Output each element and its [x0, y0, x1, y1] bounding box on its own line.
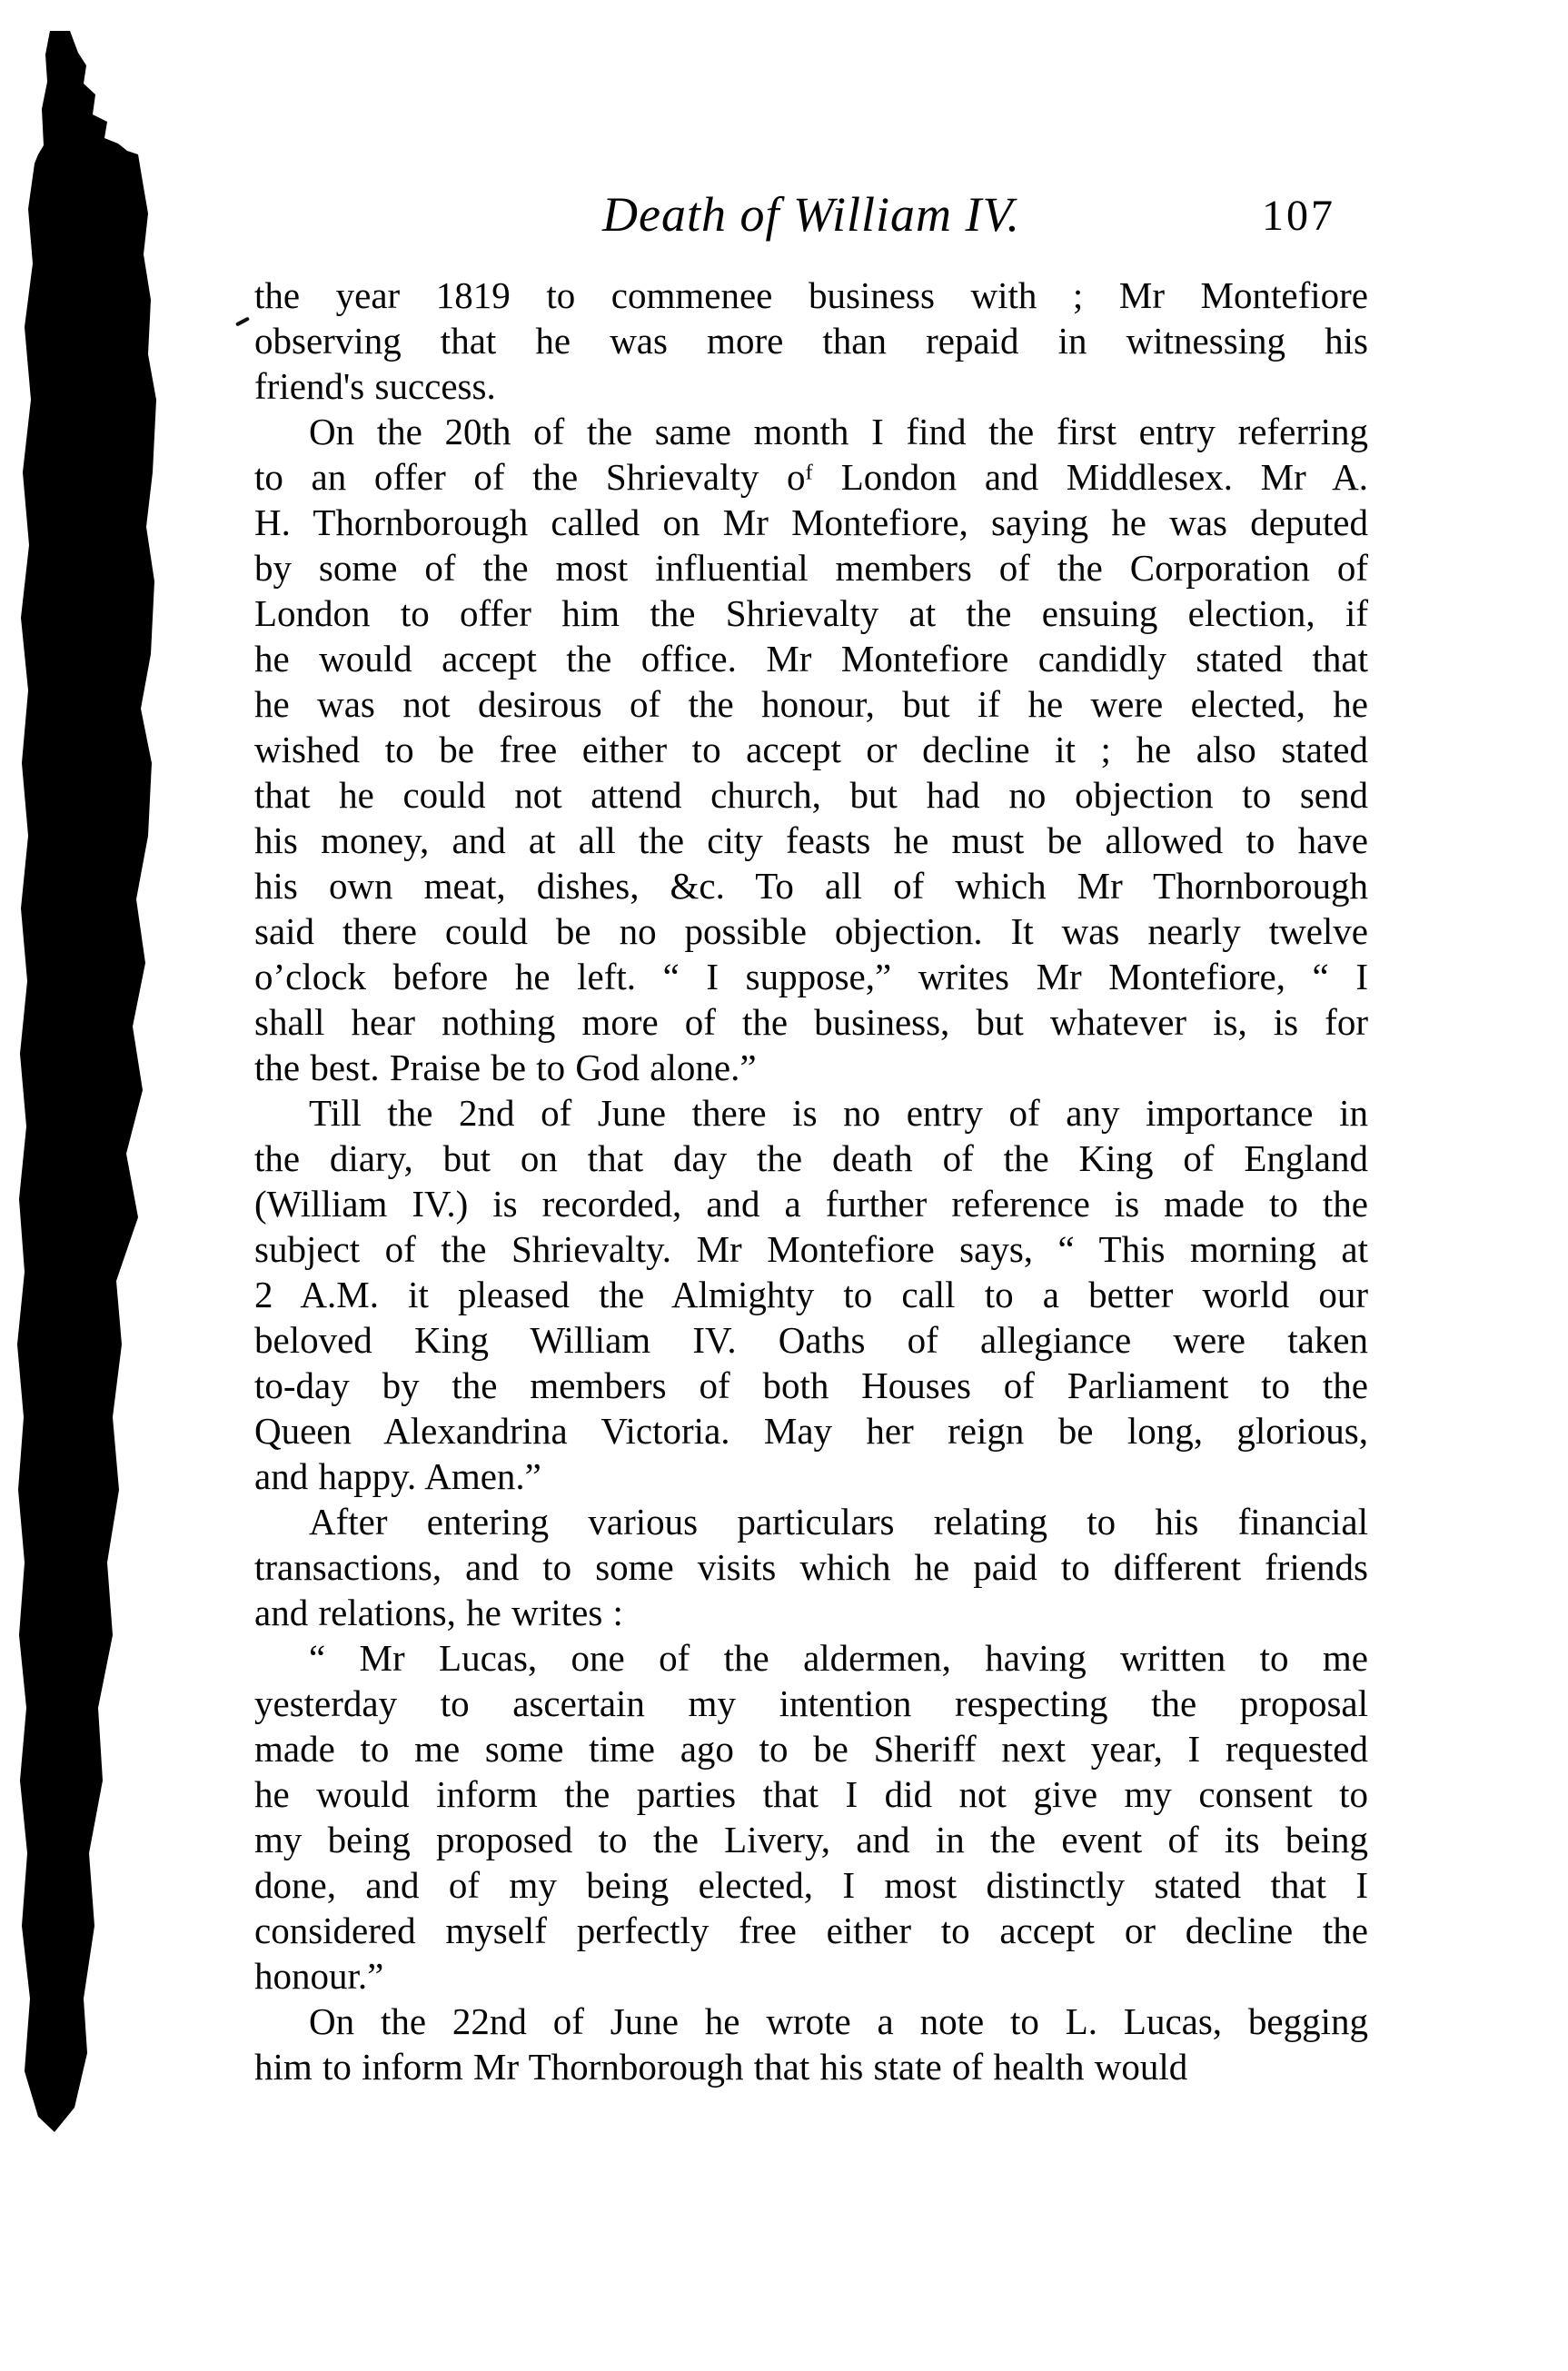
text-line: by some of the most influential members …	[254, 545, 1368, 590]
text-line: friend's success.	[254, 363, 1368, 409]
text-line: (William IV.) is recorded, and a further…	[254, 1181, 1368, 1226]
text-line: H. Thornborough called on Mr Montefiore,…	[254, 500, 1368, 545]
text-line: his own meat, dishes, &c. To all of whic…	[254, 863, 1368, 908]
text-line: transactions, and to some visits which h…	[254, 1544, 1368, 1590]
text-line: 2 A.M. it pleased the Almighty to call t…	[254, 1272, 1368, 1317]
text-line: considered myself perfectly free either …	[254, 1908, 1368, 1953]
scan-noise	[235, 316, 250, 326]
text-line: to-day by the members of both Houses of …	[254, 1363, 1368, 1408]
text-line: London to offer him the Shrievalty at th…	[254, 590, 1368, 636]
text-line: On the 22nd of June he wrote a note to L…	[254, 1999, 1368, 2044]
text-line: shall hear nothing more of the business,…	[254, 999, 1368, 1045]
text-line: my being proposed to the Livery, and in …	[254, 1817, 1368, 1862]
page-header: Death of William IV. 107	[254, 185, 1368, 245]
text-line: said there could be no possible objectio…	[254, 908, 1368, 954]
text-line: his money, and at all the city feasts he…	[254, 818, 1368, 863]
page-title: Death of William IV.	[254, 185, 1368, 243]
text-line: done, and of my being elected, I most di…	[254, 1862, 1368, 1908]
text-line: wished to be free either to accept or de…	[254, 727, 1368, 772]
text-line: subject of the Shrievalty. Mr Montefiore…	[254, 1226, 1368, 1272]
text-line: he would inform the parties that I did n…	[254, 1771, 1368, 1817]
text-line: him to inform Mr Thornborough that his s…	[254, 2044, 1368, 2089]
scan-artifact	[0, 0, 200, 2180]
text-line: On the 20th of the same month I find the…	[254, 409, 1368, 454]
text-line: and happy. Amen.”	[254, 1453, 1368, 1499]
text-line: he was not desirous of the honour, but i…	[254, 681, 1368, 727]
text-line: beloved King William IV. Oaths of allegi…	[254, 1317, 1368, 1363]
text-line: the year 1819 to commenee business with …	[254, 273, 1368, 318]
text-line: to an offer of the Shrievalty oᶠ London …	[254, 454, 1368, 500]
text-line: After entering various particulars relat…	[254, 1499, 1368, 1544]
text-line: honour.”	[254, 1953, 1368, 1999]
text-line: “ Mr Lucas, one of the aldermen, having …	[254, 1635, 1368, 1681]
text-line: made to me some time ago to be Sheriff n…	[254, 1726, 1368, 1771]
text-line: the best. Praise be to God alone.”	[254, 1045, 1368, 1090]
text-line: that he could not attend church, but had…	[254, 772, 1368, 818]
text-line: Queen Alexandrina Victoria. May her reig…	[254, 1408, 1368, 1453]
text-line: he would accept the office. Mr Montefior…	[254, 636, 1368, 681]
page-number: 107	[1262, 189, 1335, 243]
text-line: and relations, he writes :	[254, 1590, 1368, 1635]
text-line: yesterday to ascertain my intention resp…	[254, 1681, 1368, 1726]
text-line: observing that he was more than repaid i…	[254, 318, 1368, 363]
text-line: the diary, but on that day the death of …	[254, 1136, 1368, 1181]
text-line: Till the 2nd of June there is no entry o…	[254, 1090, 1368, 1136]
page-text: the year 1819 to commenee business with …	[254, 273, 1368, 2089]
text-line: o’clock before he left. “ I suppose,” wr…	[254, 954, 1368, 999]
